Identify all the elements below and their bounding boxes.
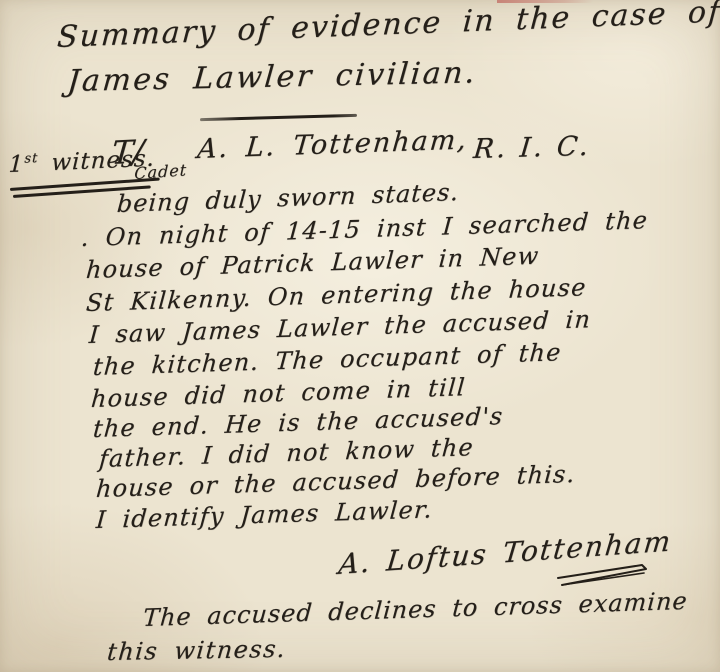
closing-line-2: this witness. <box>106 635 287 666</box>
witness-rank: Cadet <box>134 160 187 183</box>
witness-number-suffix: st <box>24 151 39 167</box>
document-title-line-2: James Lawler civilian. <box>66 55 478 99</box>
closing-line-1: The accused declines to cross examine <box>142 587 689 632</box>
title-underline <box>200 114 357 121</box>
scanned-document-page: Summary of evidence in the case of James… <box>0 0 720 672</box>
document-title-line-1: Summary of evidence in the case of <box>56 0 720 55</box>
witness-name: A. L. Tottenham, <box>196 124 469 165</box>
signature-flourish <box>556 560 652 592</box>
oath-line: being duly sworn states. <box>116 178 460 218</box>
witness-number: 1 <box>8 151 25 178</box>
witness-force: R. I. C. <box>472 131 593 165</box>
